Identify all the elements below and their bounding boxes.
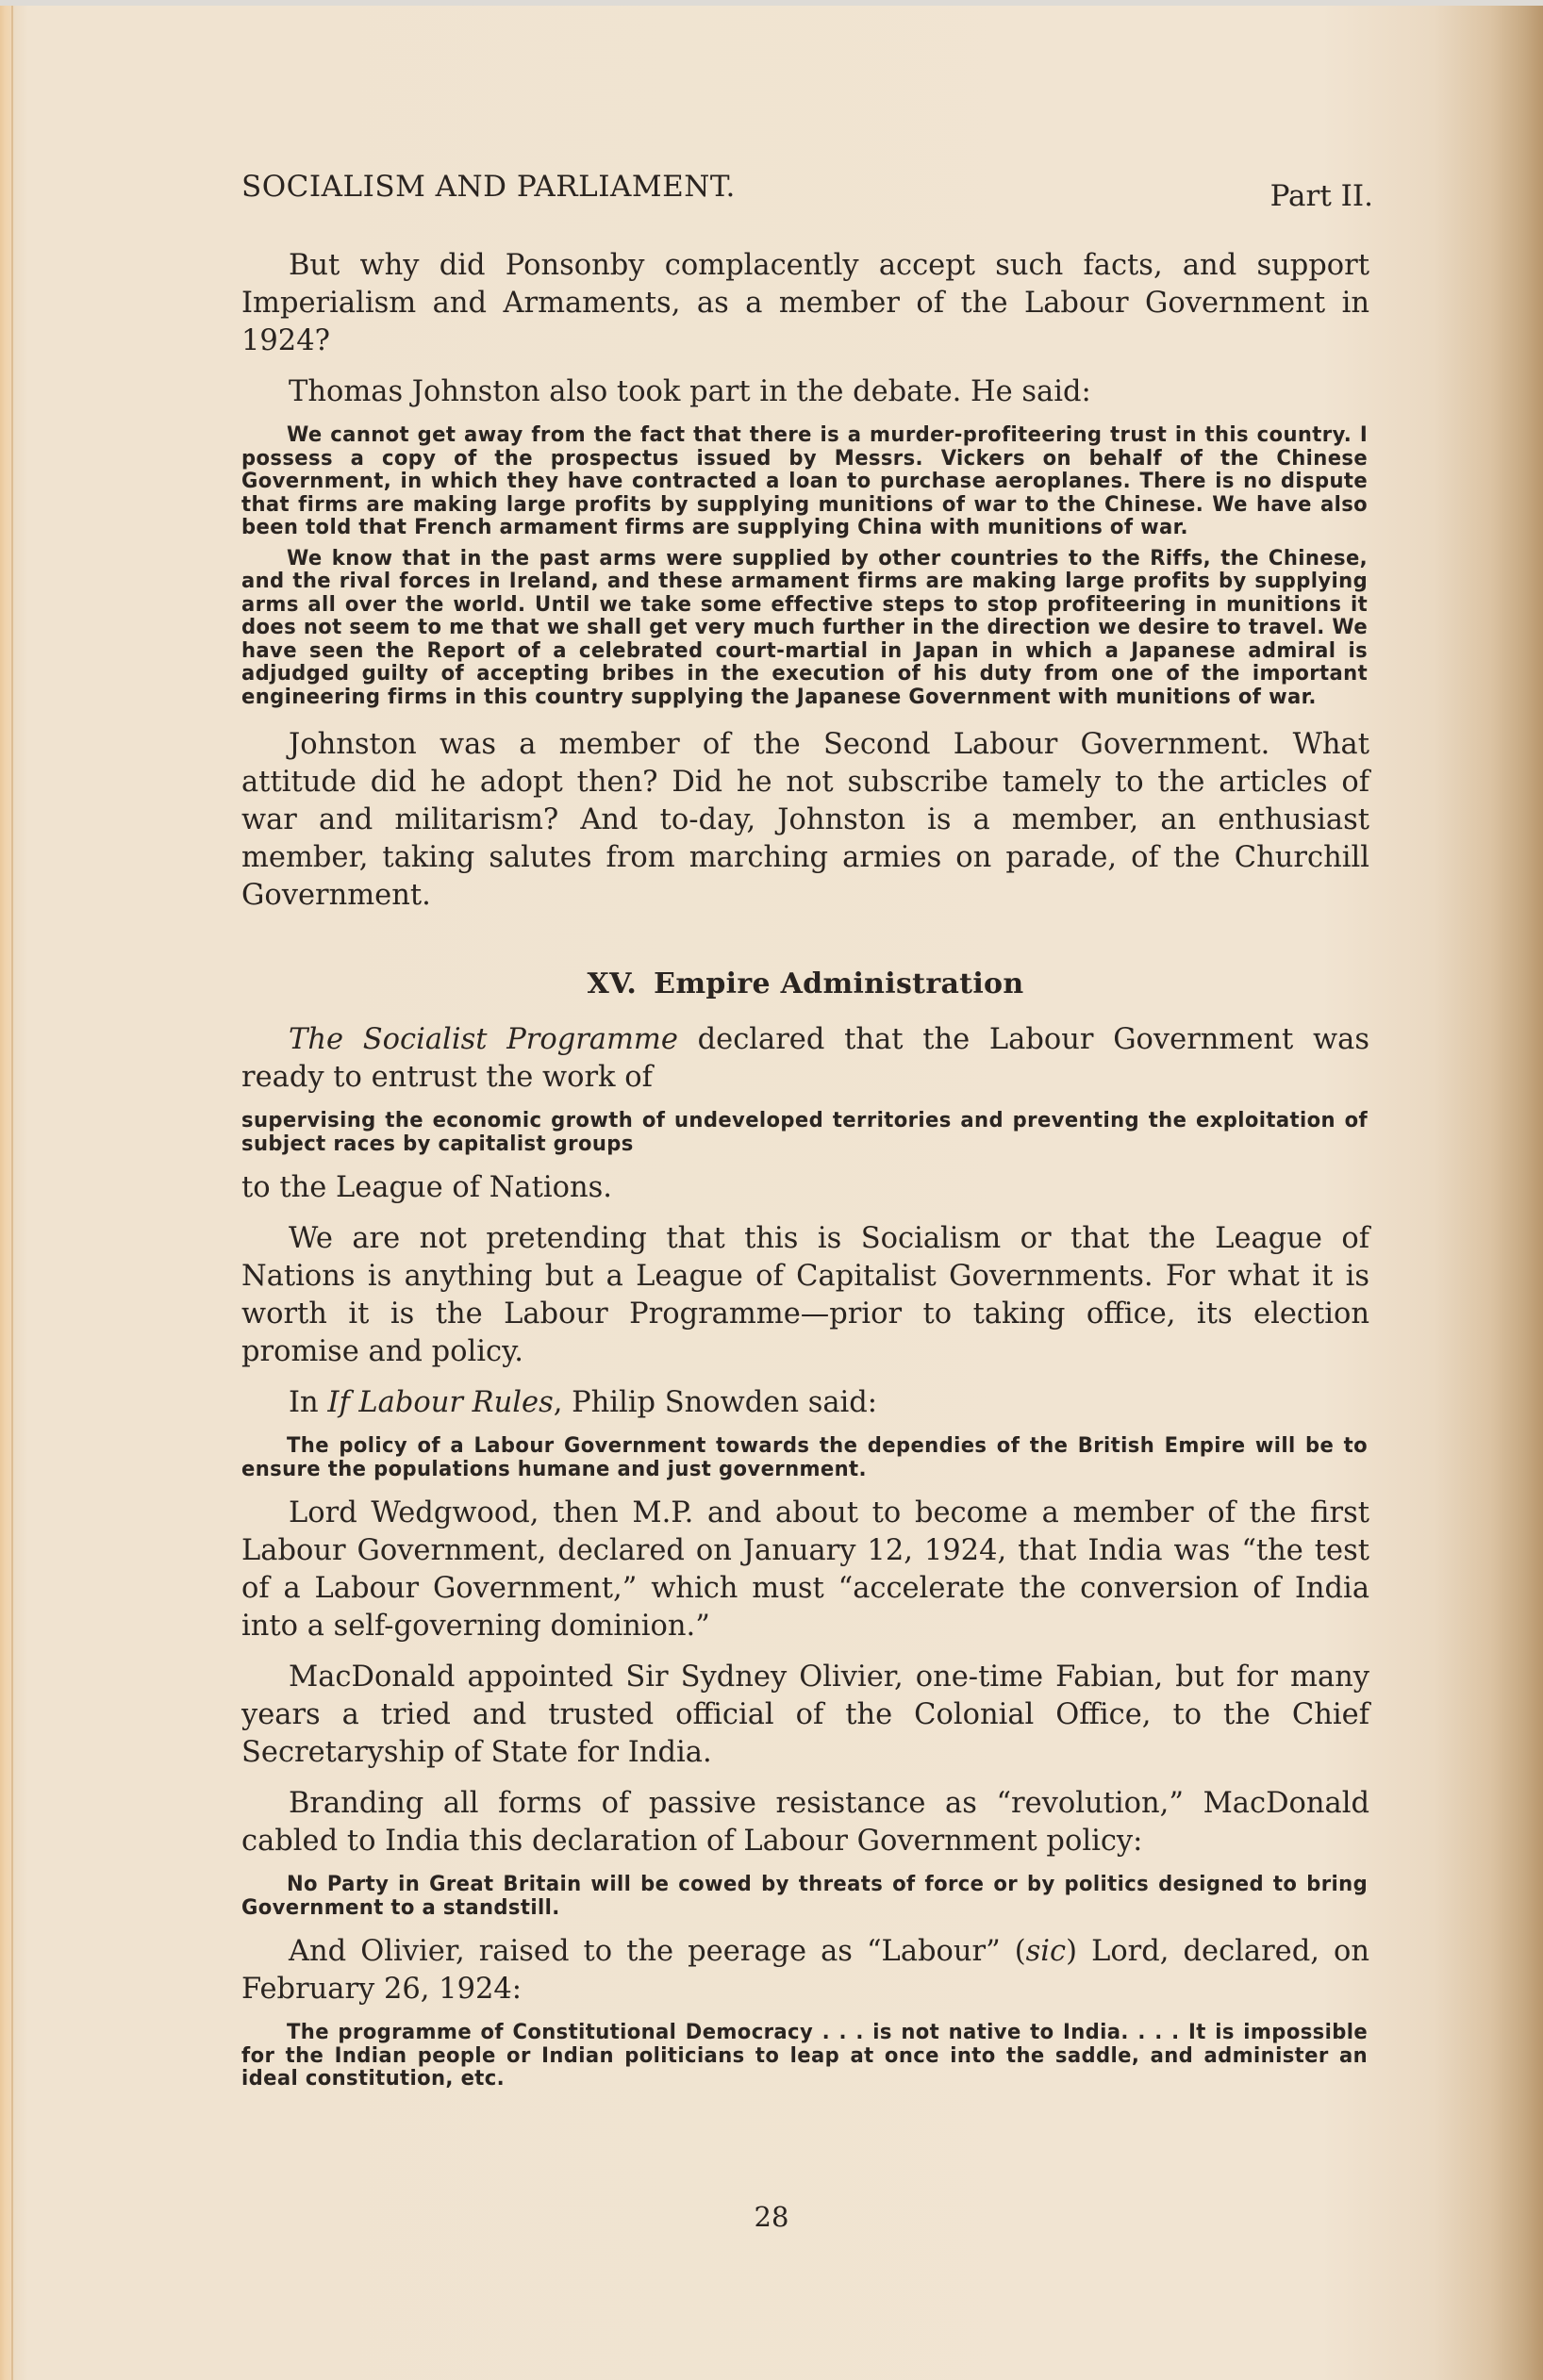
paragraph-ponsonby: But why did Ponsonby complacently accept… bbox=[241, 247, 1369, 360]
paragraph-johnston-member: Johnston was a member of the Second Labo… bbox=[241, 726, 1369, 915]
running-head: SOCIALISM AND PARLIAMENT. Part II. bbox=[241, 170, 1373, 217]
quote-snowden: The policy of a Labour Government toward… bbox=[241, 1435, 1368, 1481]
section-number: XV. bbox=[588, 967, 638, 1000]
olivier-prefix: And Olivier, raised to the peerage as “L… bbox=[289, 1935, 1026, 1968]
quote-programme: supervising the economic growth of undev… bbox=[241, 1110, 1368, 1156]
book-title-if-labour-rules: If Labour Rules bbox=[327, 1386, 553, 1419]
quote-johnston-1: We cannot get away from the fact that th… bbox=[241, 424, 1368, 540]
page-body: But why did Ponsonby complacently accept… bbox=[241, 247, 1369, 2105]
running-head-part: Part II. bbox=[1270, 179, 1373, 213]
paragraph-league: to the League of Nations. bbox=[241, 1169, 1369, 1207]
page-number: 28 bbox=[0, 2201, 1543, 2233]
paragraph-johnston-intro: Thomas Johnston also took part in the de… bbox=[241, 373, 1369, 411]
paragraph-not-pretending: We are not pretending that this is Socia… bbox=[241, 1220, 1369, 1371]
book-title-socialist-programme: The Socialist Programme bbox=[289, 1023, 678, 1056]
running-head-title: SOCIALISM AND PARLIAMENT. bbox=[241, 170, 736, 204]
paragraph-snowden-intro: In If Labour Rules, Philip Snowden said: bbox=[241, 1384, 1369, 1422]
paragraph-olivier-appointed: MacDonald appointed Sir Sydney Olivier, … bbox=[241, 1659, 1369, 1772]
quote-johnston-2: We know that in the past arms were suppl… bbox=[241, 548, 1368, 710]
book-page: SOCIALISM AND PARLIAMENT. Part II. But w… bbox=[0, 0, 1543, 2380]
paragraph-socialist-programme: The Socialist Programme declared that th… bbox=[241, 1021, 1369, 1097]
quote-olivier: The programme of Constitutional Democrac… bbox=[241, 2022, 1368, 2091]
section-heading: XV.Empire Administration bbox=[241, 967, 1369, 1000]
paragraph-wedgwood: Lord Wedgwood, then M.P. and about to be… bbox=[241, 1495, 1369, 1645]
snowden-rest: , Philip Snowden said: bbox=[554, 1386, 877, 1419]
section-title: Empire Administration bbox=[654, 967, 1023, 1000]
sic-italic: sic bbox=[1026, 1935, 1067, 1968]
paragraph-branding: Branding all forms of passive resistance… bbox=[241, 1785, 1369, 1860]
quote-macdonald: No Party in Great Britain will be cowed … bbox=[241, 1874, 1368, 1920]
snowden-prefix: In bbox=[289, 1386, 327, 1419]
paragraph-olivier-peerage: And Olivier, raised to the peerage as “L… bbox=[241, 1933, 1369, 2008]
